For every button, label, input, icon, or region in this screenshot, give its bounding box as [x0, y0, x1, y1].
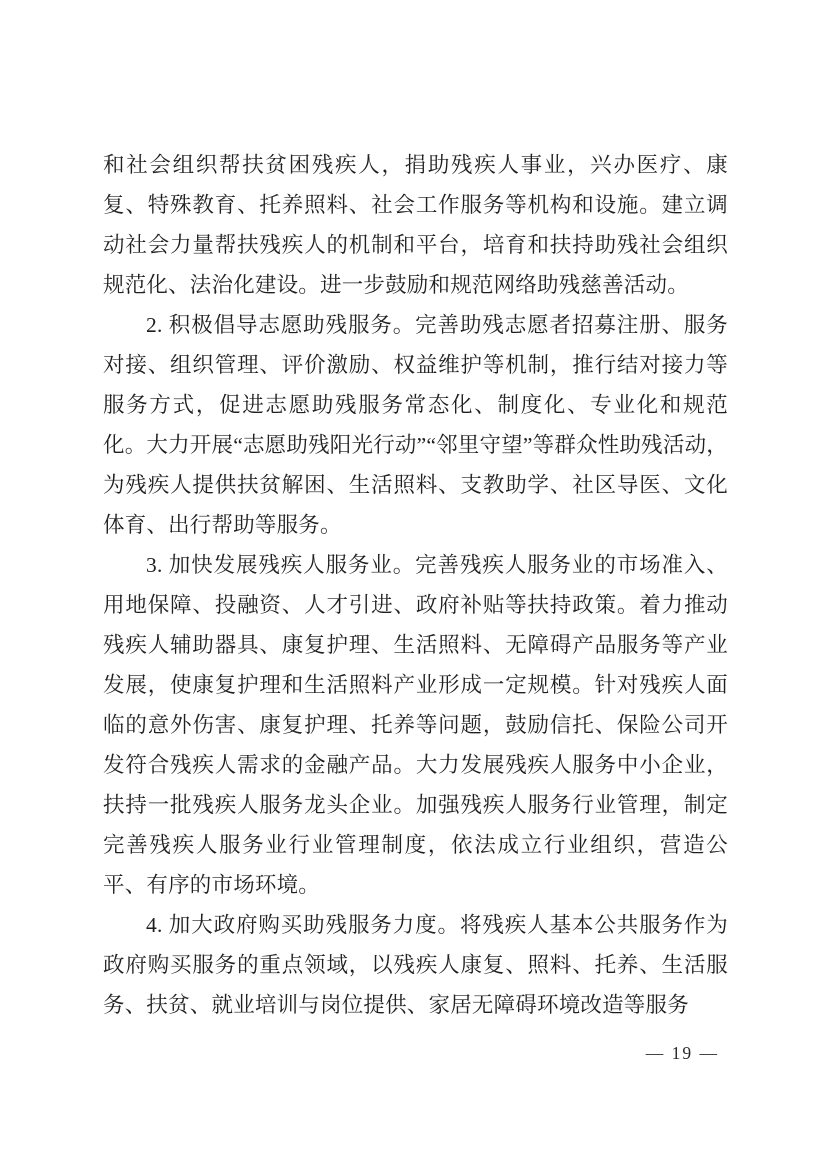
paragraph-item-4: 4. 加大政府购买助残服务力度。将残疾人基本公共服务作为政府购买服务的重点领域，… — [103, 905, 728, 1025]
page-number: — 19 — — [646, 1042, 719, 1064]
document-page: 和社会组织帮扶贫困残疾人，捐助残疾人事业，兴办医疗、康复、特殊教育、托养照料、社… — [0, 0, 827, 1169]
paragraph-item-3: 3. 加快发展残疾人服务业。完善残疾人服务业的市场准入、用地保障、投融资、人才引… — [103, 545, 728, 905]
paragraph-item-2: 2. 积极倡导志愿助残服务。完善助残志愿者招募注册、服务对接、组织管理、评价激励… — [103, 305, 728, 545]
paragraph-continuation: 和社会组织帮扶贫困残疾人，捐助残疾人事业，兴办医疗、康复、特殊教育、托养照料、社… — [103, 145, 728, 305]
body-text: 和社会组织帮扶贫困残疾人，捐助残疾人事业，兴办医疗、康复、特殊教育、托养照料、社… — [103, 145, 728, 1025]
